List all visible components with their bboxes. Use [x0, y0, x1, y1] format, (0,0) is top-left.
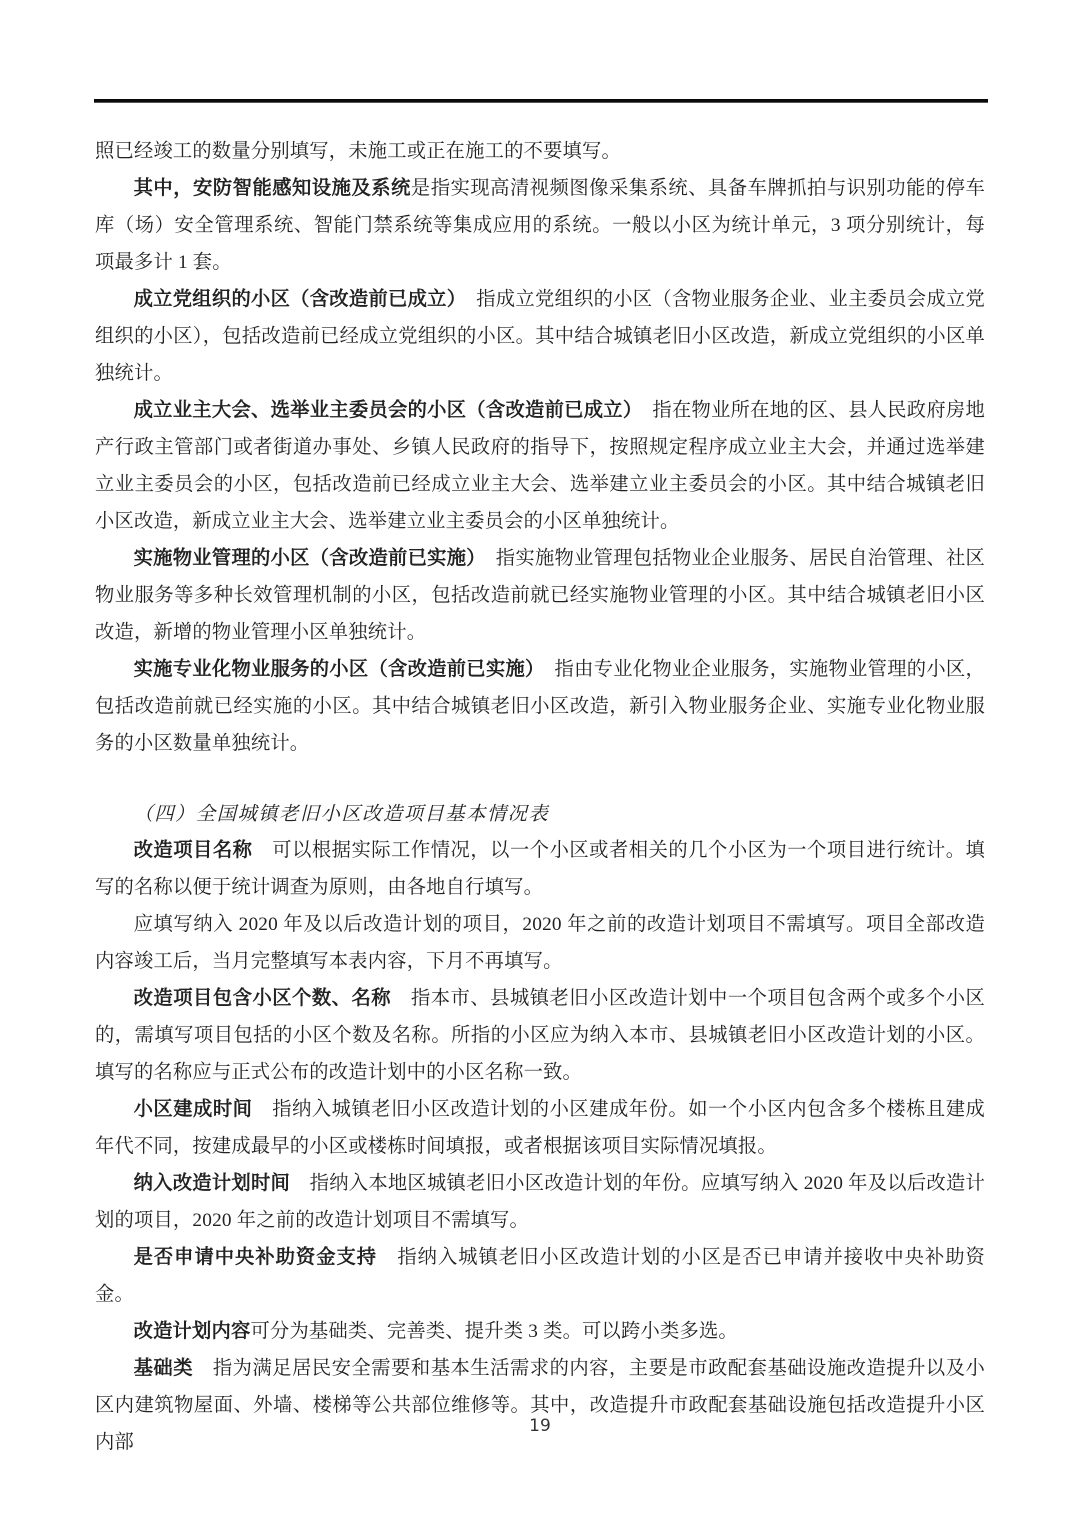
paragraph-body: 应填写纳入 2020 年及以后改造计划的项目，2020 年之前的改造计划项目不需… — [95, 914, 985, 972]
paragraph-lead: 成立业主大会、选举业主委员会的小区（含改造前已成立） — [134, 400, 633, 421]
paragraph-lead: 基础类 — [134, 1358, 193, 1379]
section-heading: （四）全国城镇老旧小区改造项目基本情况表 — [95, 795, 985, 832]
paragraph: 其中，安防智能感知设施及系统是指实现高清视频图像采集系统、具备车牌抓拍与识别功能… — [95, 170, 985, 281]
paragraph-lead: 纳入改造计划时间 — [134, 1173, 290, 1194]
document-page: 照已经竣工的数量分别填写，未施工或正在施工的不要填写。 其中，安防智能感知设施及… — [0, 0, 1080, 1527]
paragraph-lead: 其中，安防智能感知设施及系统 — [134, 178, 411, 199]
document-content: 照已经竣工的数量分别填写，未施工或正在施工的不要填写。 其中，安防智能感知设施及… — [95, 133, 985, 1461]
paragraph-lead: 改造项目包含小区个数、名称 — [134, 988, 392, 1009]
paragraph-lead: 实施物业管理的小区（含改造前已实施） — [134, 548, 477, 569]
paragraph: 改造项目包含小区个数、名称 指本市、县城镇老旧小区改造计划中一个项目包含两个或多… — [95, 980, 985, 1091]
paragraph: 改造计划内容可分为基础类、完善类、提升类 3 类。可以跨小类多选。 — [95, 1313, 985, 1350]
paragraph: 小区建成时间 指纳入城镇老旧小区改造计划的小区建成年份。如一个小区内包含多个楼栋… — [95, 1091, 985, 1165]
paragraph-body: 指为满足居民安全需要和基本生活需求的内容，主要是市政配套基础设施改造提升以及小区… — [95, 1358, 985, 1453]
paragraph-lead: 成立党组织的小区（含改造前已成立） — [134, 289, 457, 310]
paragraph-lead: 是否申请中央补助资金支持 — [134, 1247, 378, 1268]
paragraph-lead: 改造计划内容 — [134, 1321, 251, 1342]
header-rule — [94, 99, 988, 103]
paragraph: 改造项目名称 可以根据实际工作情况，以一个小区或者相关的几个小区为一个项目进行统… — [95, 832, 985, 906]
paragraph-body: 照已经竣工的数量分别填写，未施工或正在施工的不要填写。 — [95, 141, 621, 162]
paragraph: 基础类 指为满足居民安全需要和基本生活需求的内容，主要是市政配套基础设施改造提升… — [95, 1350, 985, 1461]
paragraph-lead: 改造项目名称 — [134, 840, 253, 861]
paragraph: 实施物业管理的小区（含改造前已实施） 指实施物业管理包括物业企业服务、居民自治管… — [95, 540, 985, 651]
paragraph: 照已经竣工的数量分别填写，未施工或正在施工的不要填写。 — [95, 133, 985, 170]
paragraph: 应填写纳入 2020 年及以后改造计划的项目，2020 年之前的改造计划项目不需… — [95, 906, 985, 980]
page-number: 19 — [0, 1416, 1080, 1436]
paragraph: 成立业主大会、选举业主委员会的小区（含改造前已成立） 指在物业所在地的区、县人民… — [95, 392, 985, 540]
paragraph-lead: 实施专业化物业服务的小区（含改造前已实施） — [134, 659, 535, 680]
paragraph: 纳入改造计划时间 指纳入本地区城镇老旧小区改造计划的年份。应填写纳入 2020 … — [95, 1165, 985, 1239]
paragraph: 实施专业化物业服务的小区（含改造前已实施） 指由专业化物业企业服务，实施物业管理… — [95, 651, 985, 762]
paragraph-body: 可分为基础类、完善类、提升类 3 类。可以跨小类多选。 — [250, 1321, 737, 1342]
paragraph-lead: 小区建成时间 — [134, 1099, 253, 1120]
paragraph: 成立党组织的小区（含改造前已成立） 指成立党组织的小区（含物业服务企业、业主委员… — [95, 281, 985, 392]
paragraph: 是否申请中央补助资金支持 指纳入城镇老旧小区改造计划的小区是否已申请并接收中央补… — [95, 1239, 985, 1313]
